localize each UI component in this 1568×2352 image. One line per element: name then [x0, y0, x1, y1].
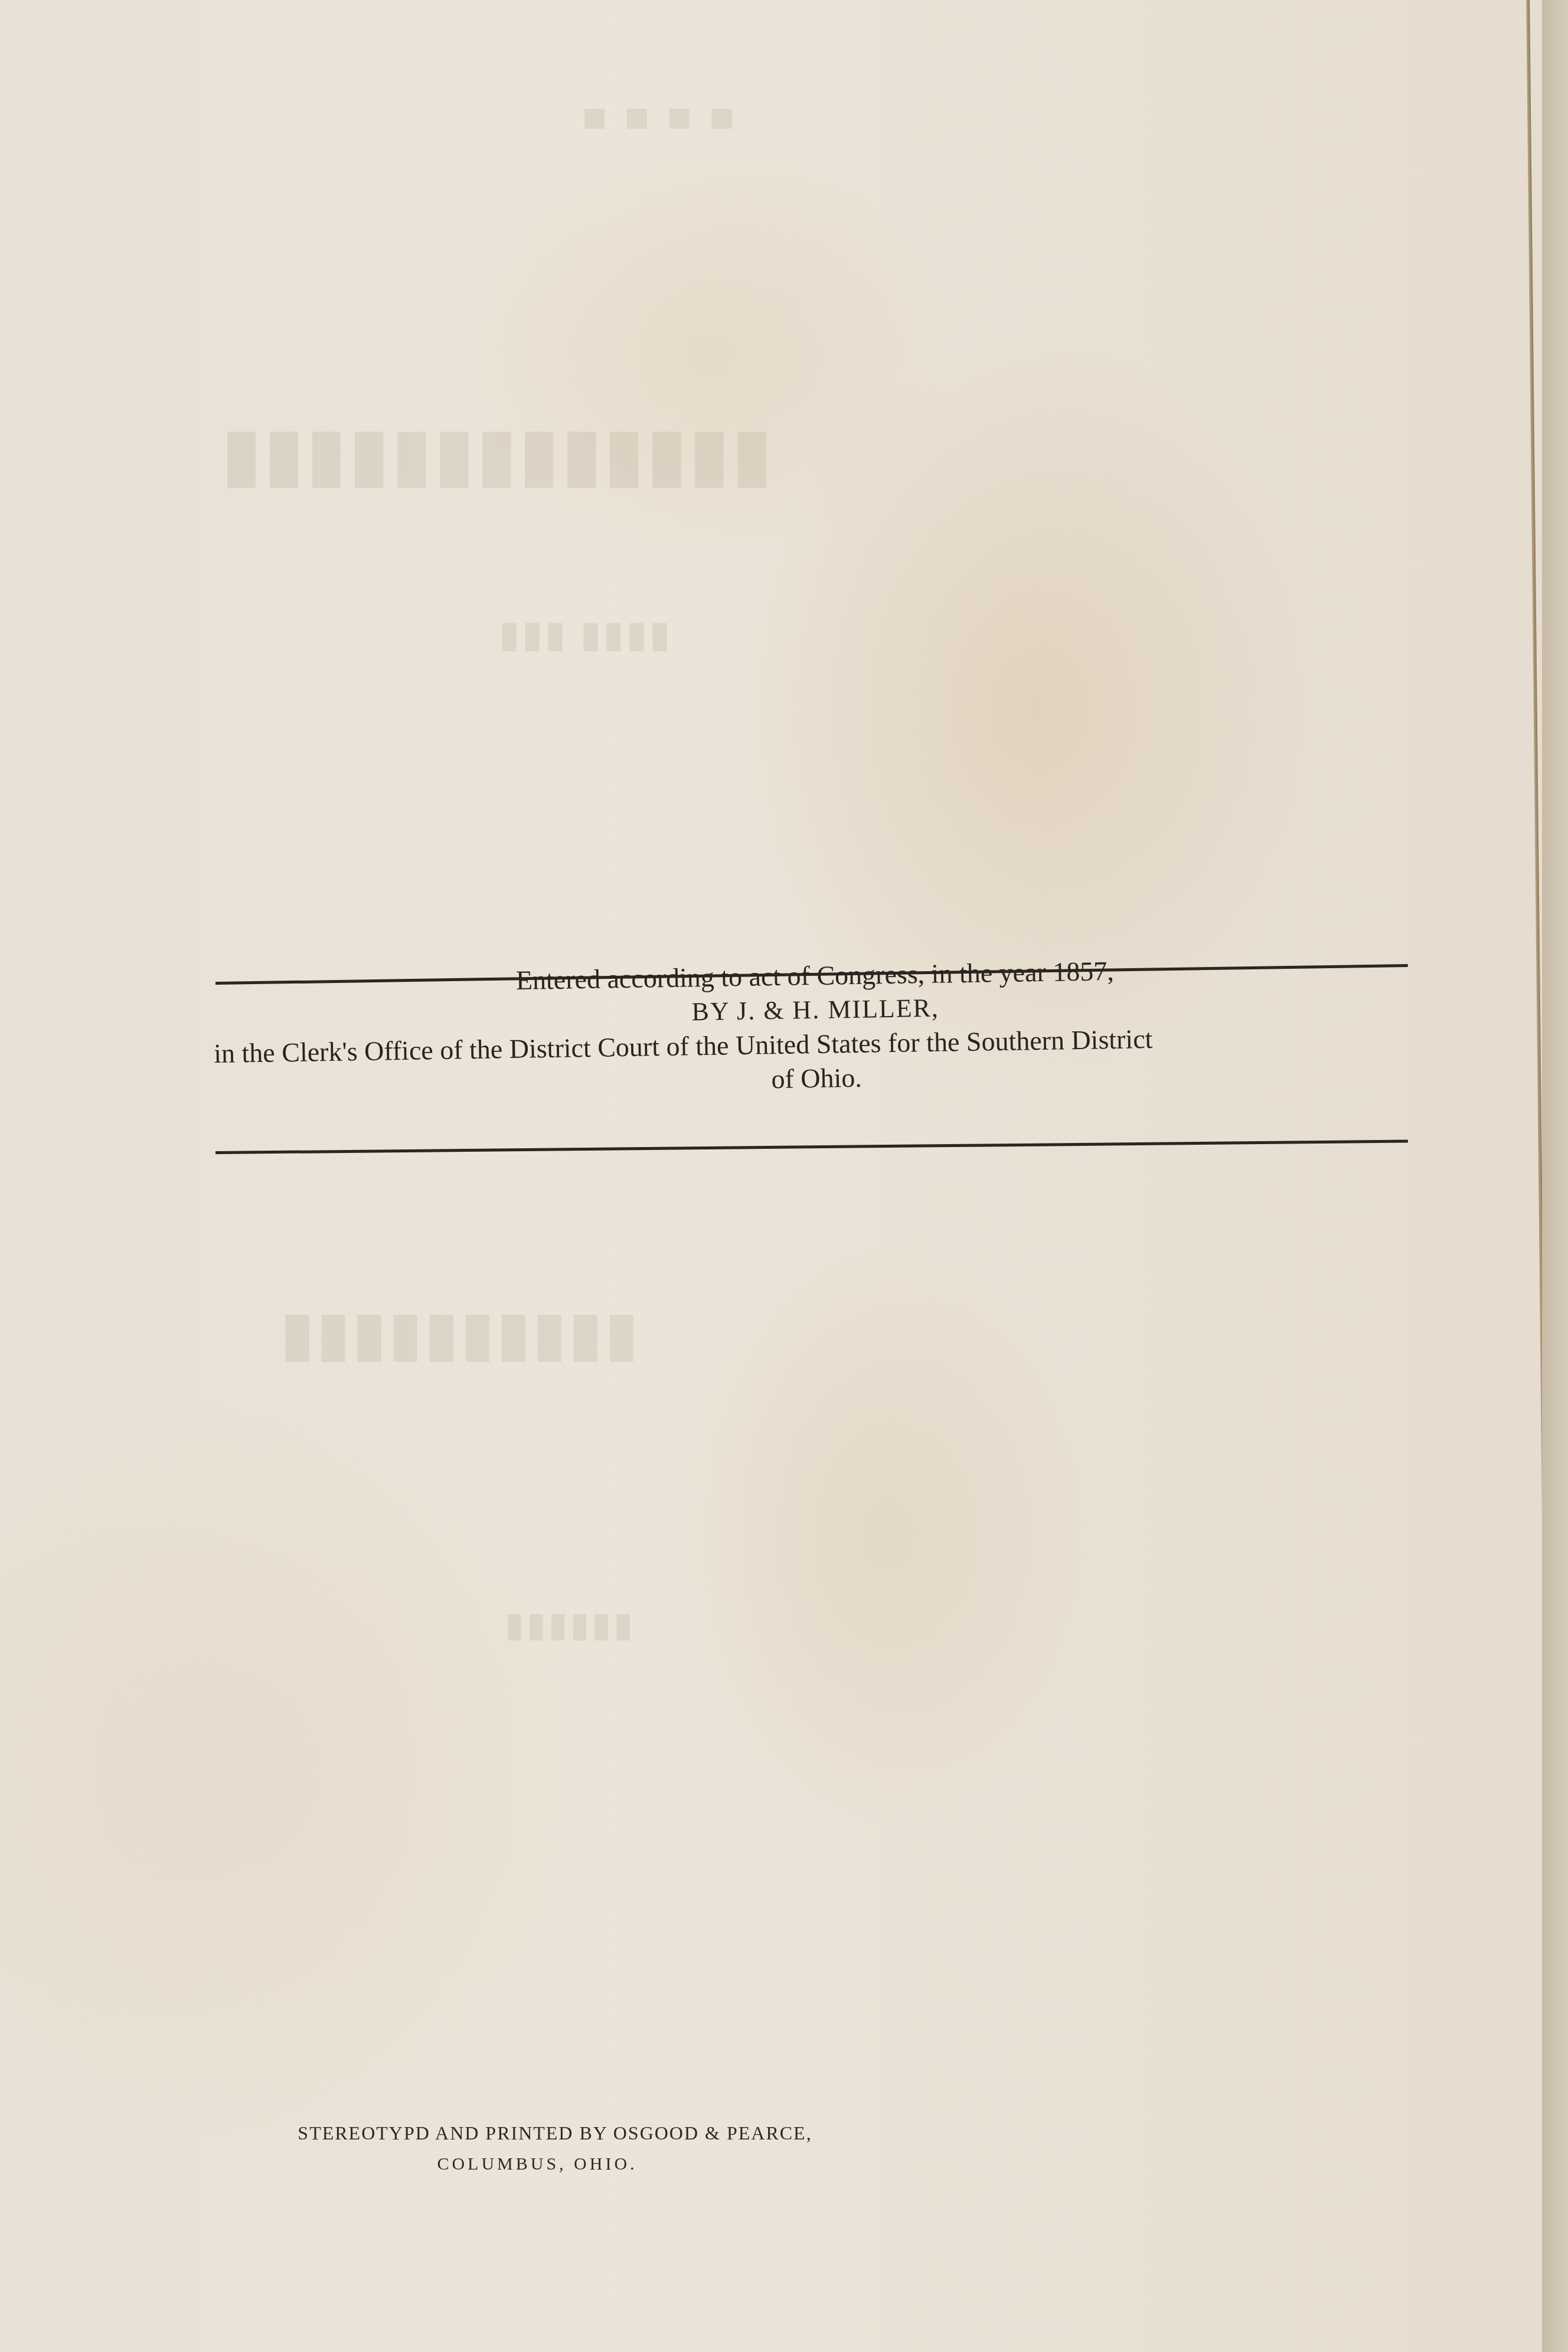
adjacent-page — [1542, 0, 1568, 2352]
book-page: ■ ■ ■ ■ ▮▮▮▮▮▮▮▮▮▮▮▮▮ ▮▮▮▮ ▮▮▮ ▮▮▮▮▮▮▮▮▮… — [0, 0, 1542, 2352]
bleed-through-texture: ▮▮▮▮ ▮▮▮ — [496, 614, 669, 655]
printer-imprint: STEREOTYPD AND PRINTED BY OSGOOD & PEARC… — [248, 2116, 862, 2179]
printer-line-2: COLUMBUS, OHIO. — [213, 2150, 862, 2179]
printer-line-1: STEREOTYPD AND PRINTED BY OSGOOD & PEARC… — [248, 2116, 862, 2150]
bleed-through-texture: ▮▮▮▮▮▮ — [502, 1606, 632, 1644]
copyright-notice: Entered according to act of Congress, in… — [213, 949, 1419, 1105]
bottom-rule — [215, 1140, 1408, 1154]
bleed-through-texture: ▮▮▮▮▮▮▮▮▮▮▮▮▮ — [218, 413, 771, 495]
bleed-through-texture: ▮▮▮▮▮▮▮▮▮▮ — [277, 1299, 638, 1368]
bleed-through-texture: ■ ■ ■ ■ — [579, 94, 734, 142]
